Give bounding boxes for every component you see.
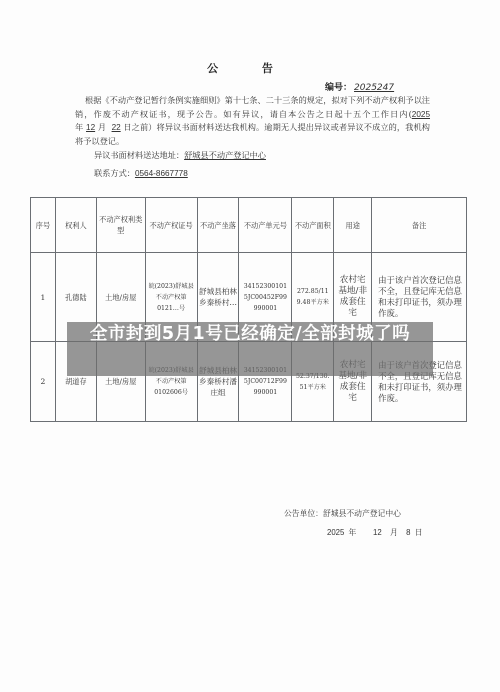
property-table: 序号 权利人 不动产权利类型 不动产权证号 不动产坐落 不动产单元号 不动产面积… (30, 197, 467, 422)
paragraph-part2: 日之前）将异议书面材料送达我机构。逾期无人提出异议或者异议不成立的，我机构将予以… (75, 122, 430, 146)
address-label: 异议书面材料送达地址： (94, 150, 184, 160)
document-number: 编号：2025247 (325, 80, 400, 93)
cell-seq: 1 (31, 253, 56, 342)
table-header-row: 序号 权利人 不动产权利类型 不动产权证号 不动产坐落 不动产单元号 不动产面积… (31, 198, 467, 253)
deadline-year: 2025 (412, 110, 430, 119)
unit-value: 舒城县不动产登记中心 (323, 509, 401, 518)
year-suffix: 年 (75, 122, 83, 132)
contact-line: 联系方式：0564-8667778 (94, 168, 267, 179)
header-seq: 序号 (31, 198, 56, 253)
header-usage: 用途 (334, 198, 372, 253)
deadline-month: 12 (86, 123, 95, 132)
date-month-suffix: 月 (390, 528, 398, 537)
paragraph-part1: 根据《不动产登记暂行条例实施细则》第十七条、二十三条的规定，拟对下列不动产权利予… (75, 95, 430, 119)
number-label: 编号： (325, 83, 352, 93)
month-suffix: 月 (98, 122, 106, 132)
address-line: 异议书面材料送达地址：舒城县不动产登记中心 (94, 150, 314, 161)
date-year-suffix: 年 (349, 528, 357, 537)
issuing-unit: 公告单位：舒城县不动产登记中心 (284, 508, 401, 519)
header-location: 不动产坐落 (197, 198, 239, 253)
header-remark: 备注 (372, 198, 467, 253)
header-cert-no: 不动产权证号 (145, 198, 197, 253)
deadline-day: 22 (112, 123, 121, 132)
date-day-suffix: 日 (415, 528, 423, 537)
number-value: 2025247 (354, 83, 400, 93)
date-month: 12 (373, 528, 382, 537)
date-year: 2025 (327, 528, 344, 537)
header-area: 不动产面积 (292, 198, 334, 253)
contact-value: 0564-8667778 (135, 169, 267, 178)
cell-seq: 2 (31, 342, 56, 422)
unit-label: 公告单位： (284, 509, 323, 518)
contact-label: 联系方式： (94, 168, 135, 178)
header-right-type: 不动产权利类型 (96, 198, 145, 253)
address-value: 舒城县不动产登记中心 (184, 150, 314, 161)
date-day: 8 (406, 528, 410, 537)
announcement-page: 公 告 编号：2025247 根据《不动产登记暂行条例实施细则》第十七条、二十三… (0, 0, 500, 692)
document-title: 公 告 (0, 60, 500, 76)
header-holder: 权利人 (55, 198, 96, 253)
header-unit-no: 不动产单元号 (239, 198, 292, 253)
announcement-paragraph: 根据《不动产登记暂行条例实施细则》第十七条、二十三条的规定，拟对下列不动产权利予… (75, 94, 430, 148)
headline-overlay-text[interactable]: 全市封到5月1号已经确定/全部封城了吗 (60, 322, 440, 346)
issue-date: 2025 年 12 月 8 日 (327, 527, 422, 538)
